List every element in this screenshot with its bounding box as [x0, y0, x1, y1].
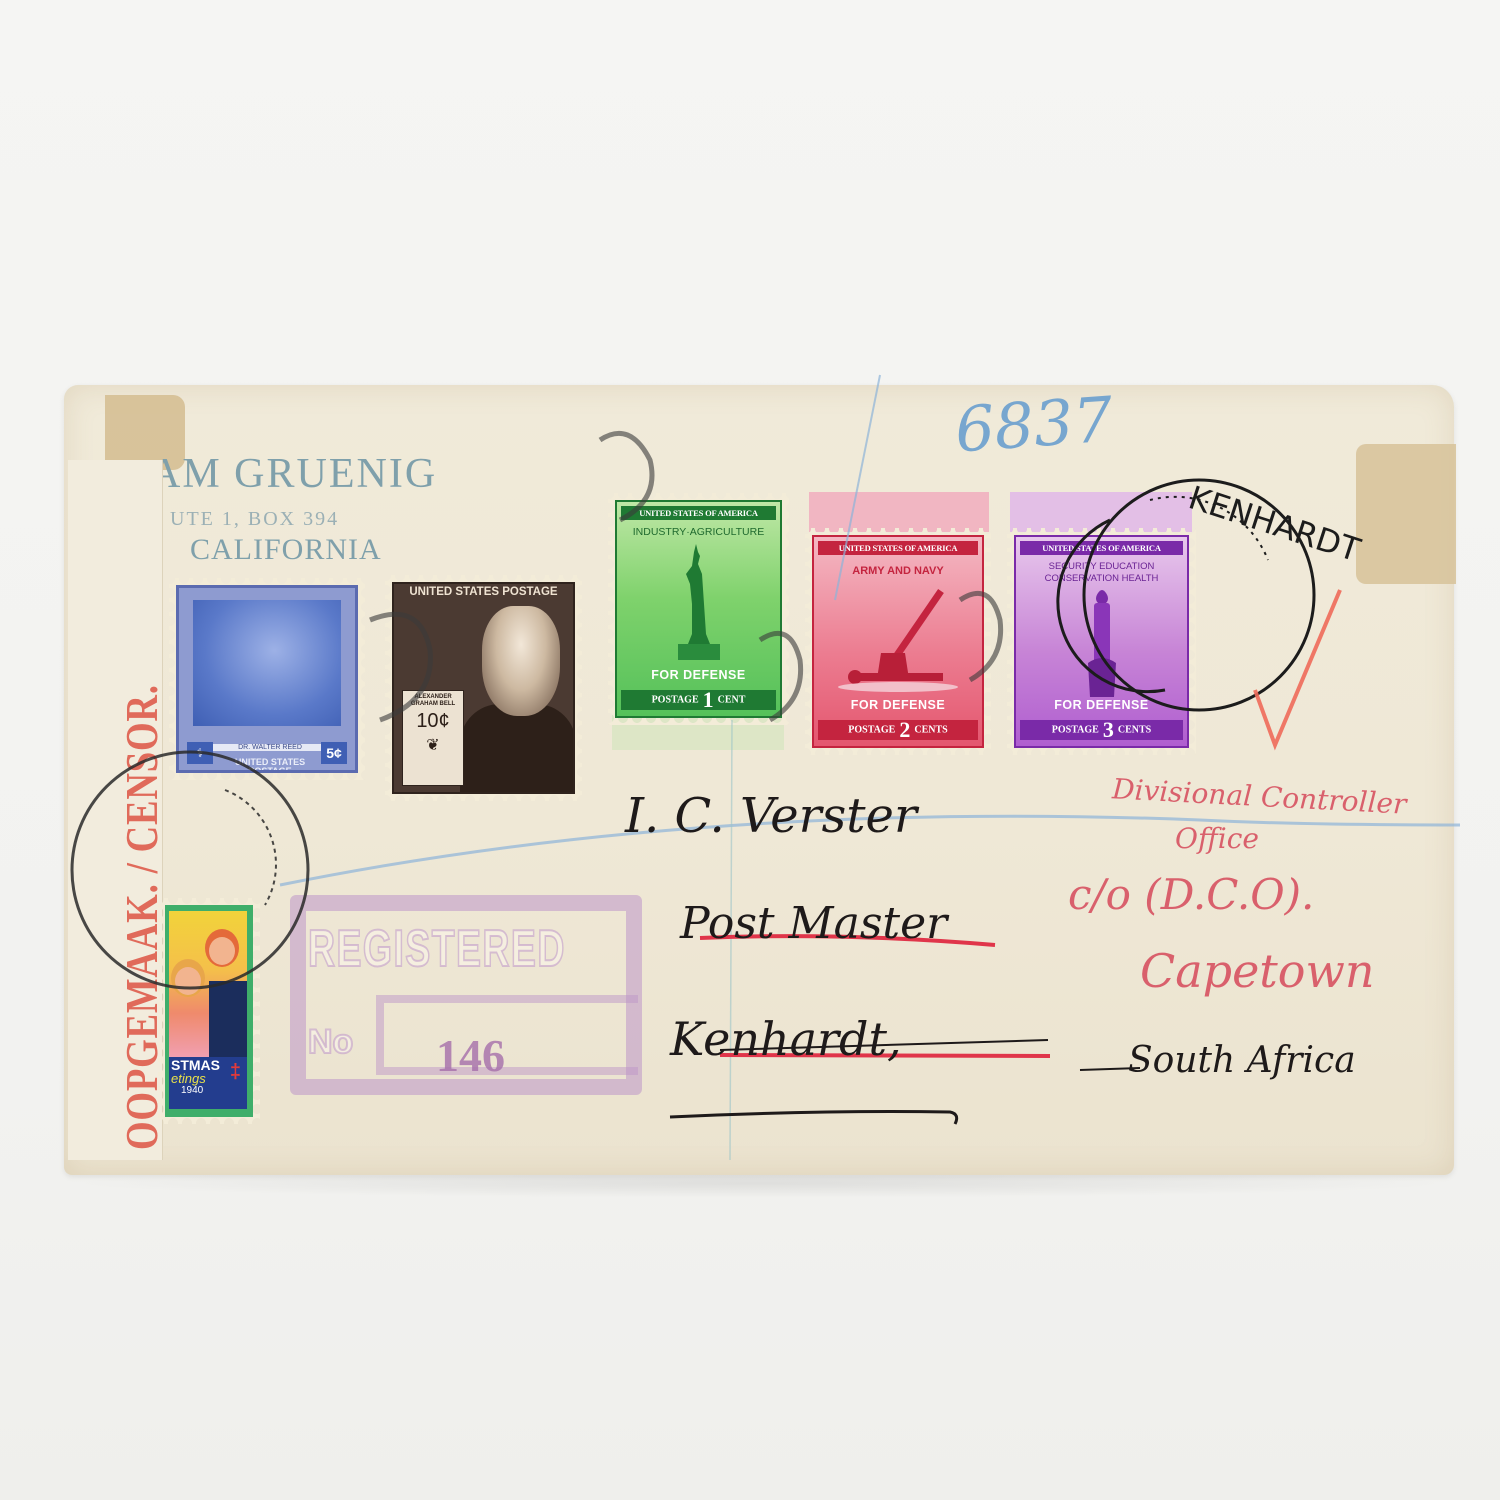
stamp-postage-value: POSTAGE2CENTS: [818, 720, 978, 740]
stamp-motto: ARMY AND NAVY: [818, 565, 978, 578]
stamp-walter-reed-5c: DR. WALTER REED UNITED STATES POSTAGE ⚕ …: [176, 585, 358, 773]
sender-name: AM GRUENIG: [150, 450, 437, 498]
stamp-motto: SECURITY EDUCATION CONSERVATION HEALTH: [1020, 561, 1183, 585]
stamp-postage-value: POSTAGE1CENT: [621, 690, 776, 710]
stamp-selvage: [809, 492, 989, 532]
torch-in-hand-icon: [1072, 589, 1132, 705]
stamp-postage-value: POSTAGE3CENTS: [1020, 720, 1183, 740]
address-recipient: I. C. Verster: [625, 788, 917, 844]
stamp-defense-2c: UNITED STATES OF AMERICA ARMY AND NAVY F…: [812, 535, 984, 748]
stamp-caption: ALEXANDER GRAHAM BELL: [403, 694, 463, 708]
stamp-value: 10¢: [403, 710, 463, 733]
christmas-seal-1940: STMAS etings 1940 ‡: [165, 905, 253, 1117]
stamp-banner: FOR DEFENSE: [617, 668, 780, 682]
statue-of-liberty-icon: [664, 544, 734, 664]
registration-number: 146: [436, 1029, 505, 1082]
stamp-banner: FOR DEFENSE: [814, 698, 982, 712]
caduceus-icon: ⚕: [187, 742, 213, 764]
anti-aircraft-gun-icon: [833, 587, 963, 697]
redirect-line-4: Capetown: [1140, 944, 1374, 998]
sender-city-line: CALIFORNIA: [150, 533, 437, 567]
address-country: South Africa: [1128, 1040, 1356, 1081]
stamp-defense-1c: UNITED STATES OF AMERICA INDUSTRY·AGRICU…: [615, 500, 782, 718]
stamp-defense-3c: UNITED STATES OF AMERICA SECURITY EDUCAT…: [1014, 535, 1189, 748]
seal-caption-band: STMAS etings 1940 ‡: [169, 1057, 247, 1109]
sender-return-address: AM GRUENIG UTE 1, BOX 394 CALIFORNIA: [150, 450, 437, 567]
portrait-image: [193, 600, 341, 726]
pencil-docket-number: 6837: [953, 383, 1116, 467]
stamp-graham-bell-10c: UNITED STATES POSTAGE ALEXANDER GRAHAM B…: [392, 582, 575, 794]
portrait-coat: [460, 704, 575, 792]
address-line-struck-kenhardt: Kenhardt,: [670, 1012, 902, 1066]
registered-label: REGISTERED: [308, 919, 566, 979]
redirect-line-3: c/o (D.C.O).: [1068, 870, 1314, 919]
lorraine-cross-icon: ‡: [230, 1061, 241, 1084]
stamp-country: UNITED STATES OF AMERICA: [818, 541, 978, 555]
stamp-name-tablet: ALEXANDER GRAHAM BELL 10¢ ❦: [402, 690, 464, 786]
portrait-image: [482, 606, 560, 716]
address-line-struck-postmaster: Post Master: [680, 898, 947, 949]
stamp-country: UNITED STATES OF AMERICA: [1020, 541, 1183, 555]
registration-number-label: No: [308, 1023, 353, 1062]
tape-residue-right: [1356, 444, 1456, 584]
stamp-country: UNITED STATES POSTAGE: [229, 758, 311, 773]
stamp-banner: FOR DEFENSE: [1016, 698, 1187, 712]
registration-handstamp: REGISTERED No 146: [290, 895, 642, 1095]
registration-number-frame: [376, 995, 638, 1075]
wreath-icon: ❦: [403, 735, 463, 755]
stamp-motto: INDUSTRY·AGRICULTURE: [621, 526, 776, 539]
stamp-caption: DR. WALTER REED: [211, 744, 329, 751]
sender-address-line: UTE 1, BOX 394: [150, 508, 437, 531]
stamp-selvage: [1010, 492, 1192, 532]
stamp-country: UNITED STATES OF AMERICA: [621, 506, 776, 520]
carolers-image: [169, 911, 247, 1057]
stamp-country: UNITED STATES POSTAGE: [394, 586, 573, 598]
stamp-value: 5¢: [321, 742, 347, 764]
redirect-line-2: Office: [1175, 822, 1259, 855]
